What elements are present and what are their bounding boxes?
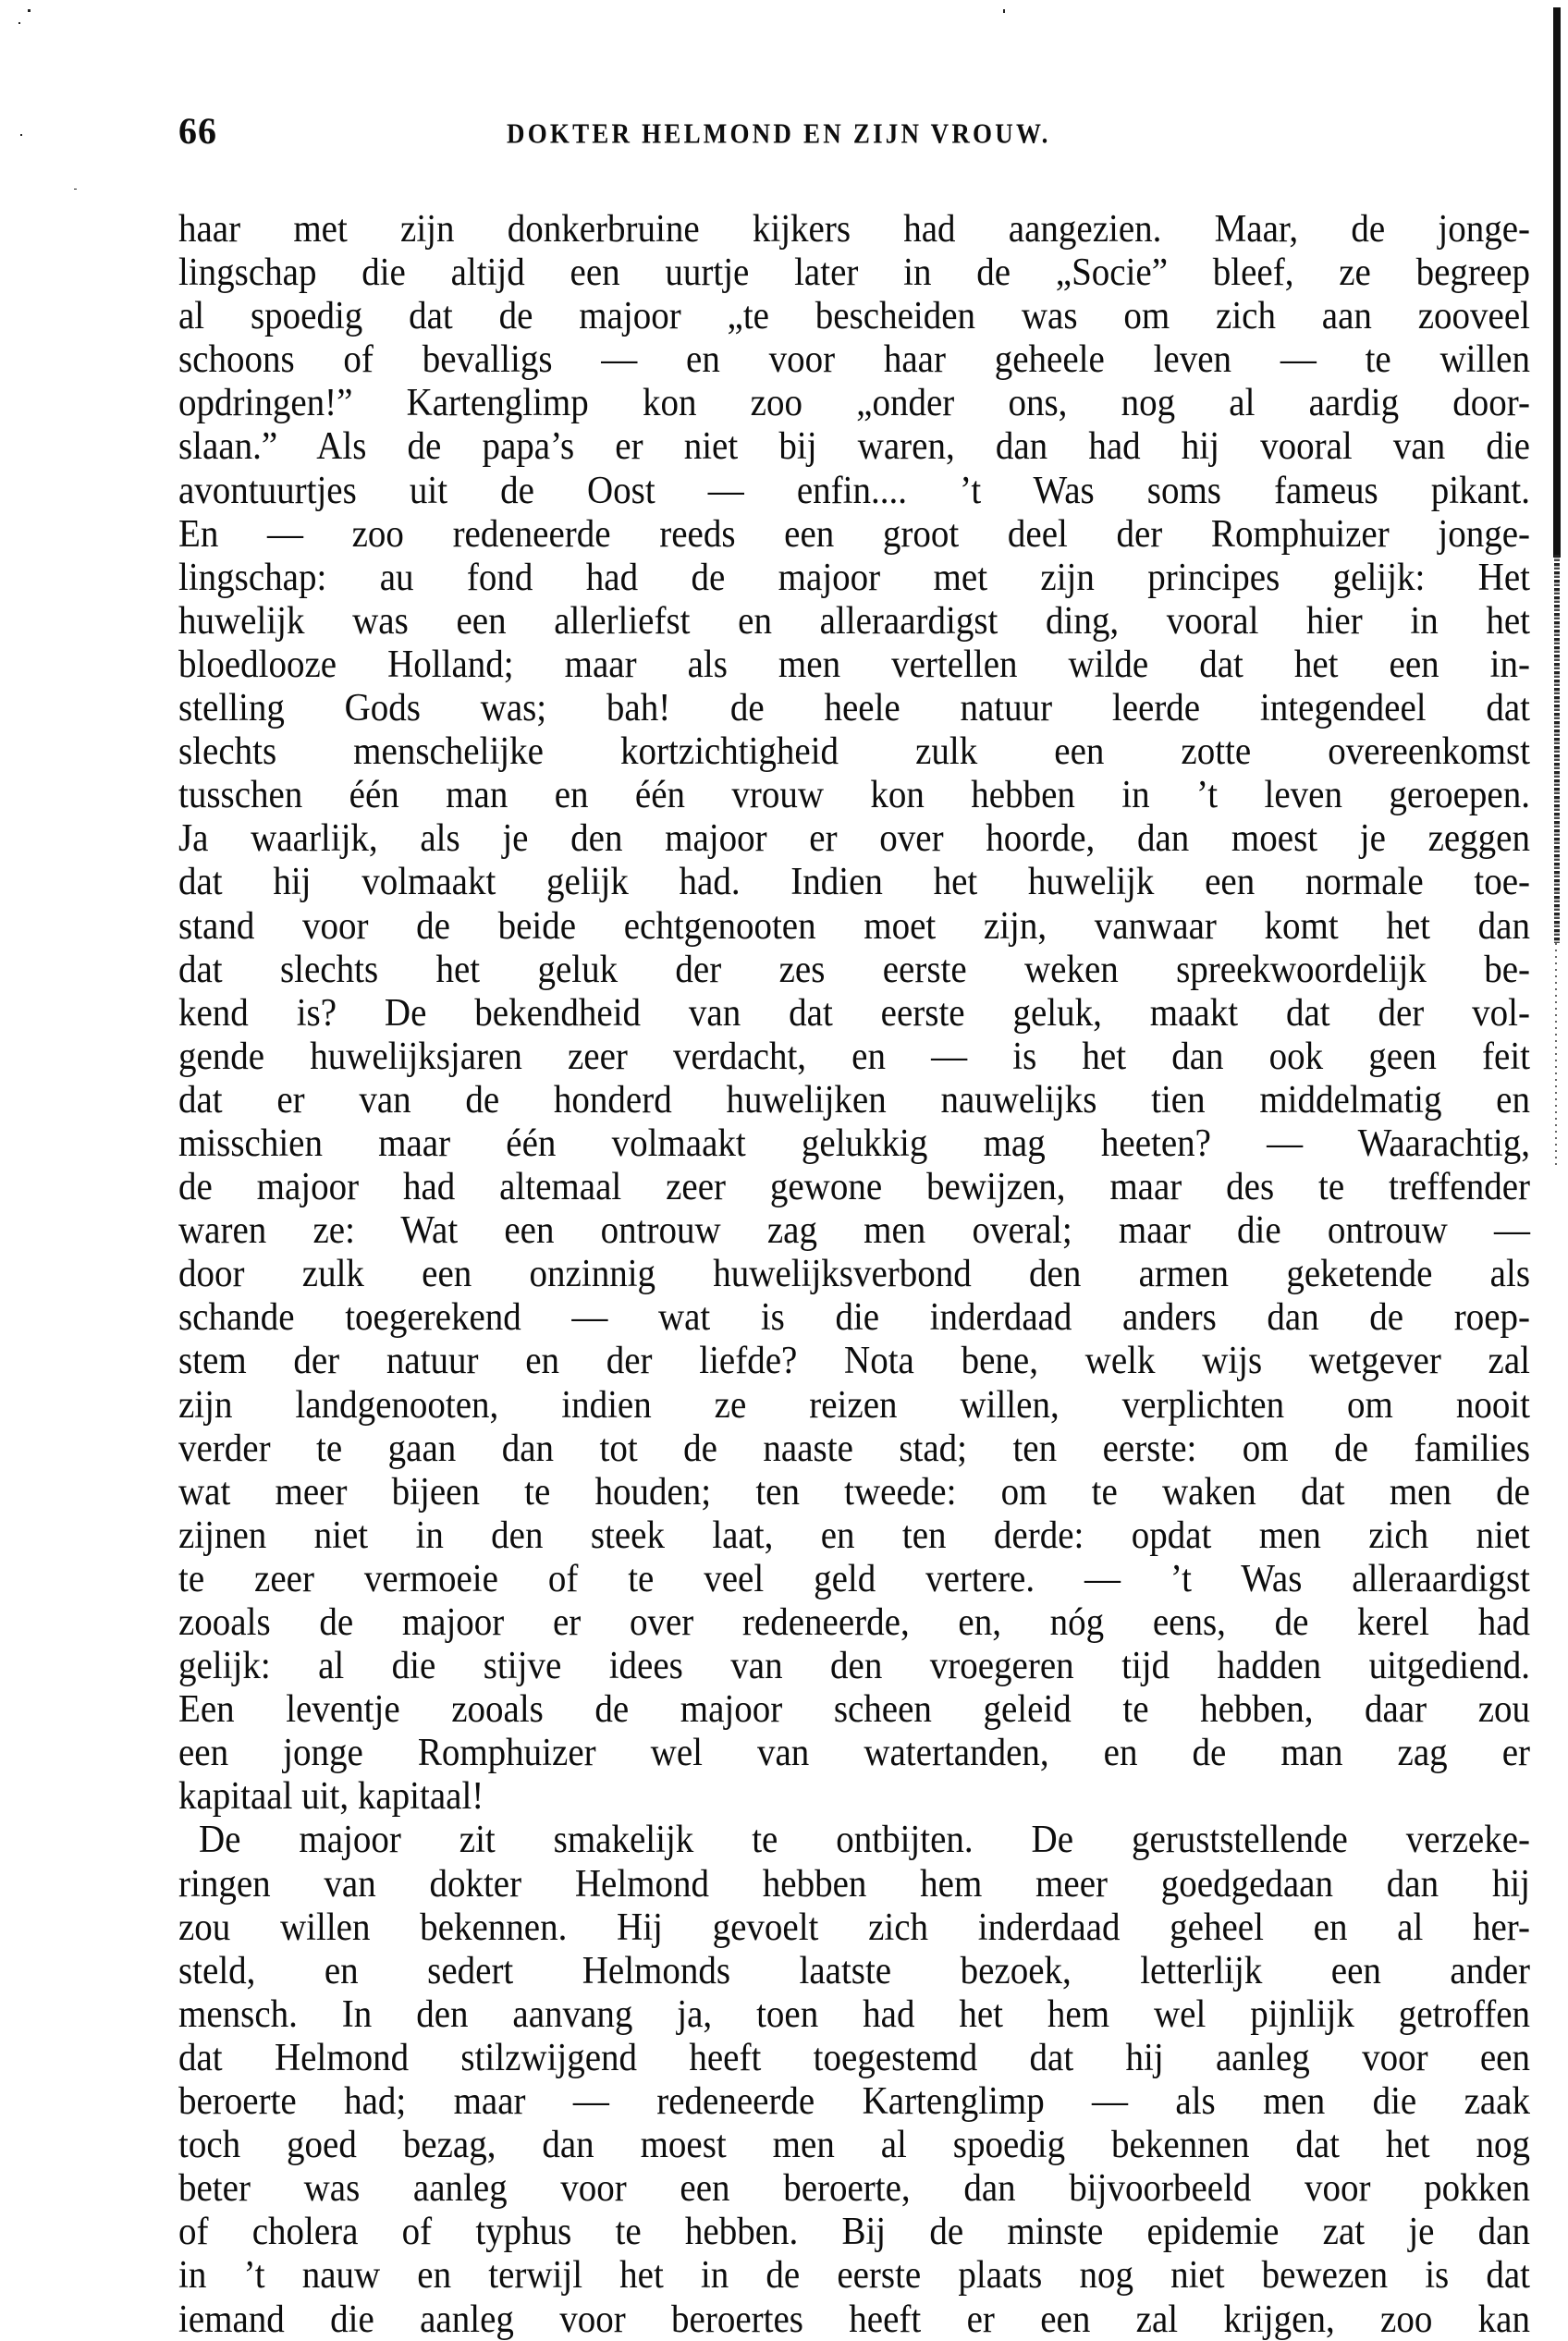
page-number: 66 <box>178 109 217 153</box>
text-line: verder te gaan dan tot de naaste stad; t… <box>178 1425 1530 1472</box>
scan-speck <box>74 189 77 190</box>
scan-speck <box>18 22 20 24</box>
text-line: dat slechts het geluk der zes eerste wek… <box>178 946 1530 993</box>
text-line: iemand die aanleg voor beroertes heeft e… <box>178 2296 1530 2341</box>
text-line: En — zoo redeneerde reeds een groot deel… <box>178 510 1530 558</box>
text-line: in ’t nauw en terwijl het in de eerste p… <box>178 2252 1530 2299</box>
running-head: 66 DOKTER HELMOND EN ZIJN VROUW. <box>178 109 1530 153</box>
text-line: misschien maar één volmaakt gelukkig mag… <box>178 1120 1530 1167</box>
scan-speck <box>1003 9 1005 13</box>
scan-speck <box>20 134 22 136</box>
scan-speck <box>28 9 31 12</box>
scan-edge-shadow <box>1553 7 1561 558</box>
text-line: stelling Gods was; bah! de heele natuur … <box>178 684 1530 731</box>
text-line: zijn landgenooten, indien ze reizen will… <box>178 1381 1530 1428</box>
text-line: slaan.” Als de papa’s er niet bij waren,… <box>178 423 1530 471</box>
text-line: dat hij volmaakt gelijk had. Indien het … <box>178 859 1530 906</box>
text-line: tusschen één man en één vrouw kon hebben… <box>178 771 1530 818</box>
text-line: door zulk een onzinnig huwelijksverbond … <box>178 1250 1530 1297</box>
text-line: mensch. In den aanvang ja, toen had het … <box>178 1991 1530 2038</box>
text-line: ringen van dokter Helmond hebben hem mee… <box>178 1860 1530 1907</box>
text-line: gelijk: al die stijve idees van den vroe… <box>178 1642 1530 1689</box>
text-line: bloedlooze Holland; maar als men vertell… <box>178 641 1530 688</box>
text-line: al spoedig dat de majoor „te bescheiden … <box>178 292 1530 339</box>
text-line: gende huwelijksjaren zeer verdacht, en —… <box>178 1033 1530 1080</box>
text-line: stem der natuur en der liefde? Nota bene… <box>178 1338 1530 1385</box>
paragraph-end-line: kapitaal uit, kapitaal! <box>178 1772 1530 1820</box>
text-line: of cholera of typhus te hebben. Bij de m… <box>178 2208 1530 2255</box>
text-line: een jonge Romphuizer wel van watertanden… <box>178 1729 1530 1776</box>
text-line: dat er van de honderd huwelijken nauweli… <box>178 1076 1530 1123</box>
body-text: haar met zijn donkerbruine kijkers had a… <box>178 207 1530 2341</box>
text-line: lingschap die altijd een uurtje later in… <box>178 249 1530 296</box>
text-line: zijnen niet in den steek laat, en ten de… <box>178 1512 1530 1559</box>
text-line: dat Helmond stilzwijgend heeft toegestem… <box>178 2034 1530 2081</box>
text-line: Ja waarlijk, als je den majoor er over h… <box>178 815 1530 862</box>
scan-edge-speckle <box>1554 555 1560 943</box>
paragraph-start-line: De majoor zit smakelijk te ontbijten. De… <box>178 1817 1530 1864</box>
text-line: beter was aanleg voor een beroerte, dan … <box>178 2164 1530 2212</box>
text-line: steld, en sedert Helmonds laatste bezoek… <box>178 1947 1530 1994</box>
text-line: lingschap: au fond had de majoor met zij… <box>178 554 1530 601</box>
text-line: zooals de majoor er over redeneerde, en,… <box>178 1599 1530 1646</box>
text-line: wat meer bijeen te houden; ten tweede: o… <box>178 1468 1530 1515</box>
running-title: DOKTER HELMOND EN ZIJN VROUW. <box>507 112 1051 154</box>
text-line: zou willen bekennen. Hij gevoelt zich in… <box>178 1904 1530 1951</box>
text-line: opdringen!” Kartenglimp kon zoo „onder o… <box>178 379 1530 426</box>
text-line: te zeer vermoeie of te veel geld vertere… <box>178 1555 1530 1602</box>
text-line: toch goed bezag, dan moest men al spoedi… <box>178 2121 1530 2168</box>
text-line: de majoor had altemaal zeer gewone bewij… <box>178 1163 1530 1210</box>
text-line: slechts menschelijke kortzichtigheid zul… <box>178 728 1530 775</box>
text-line: Een leventje zooals de majoor scheen gel… <box>178 1685 1530 1733</box>
text-line: huwelijk was een allerliefst en alleraar… <box>178 597 1530 644</box>
text-line: waren ze: Wat een ontrouw zag men overal… <box>178 1207 1530 1254</box>
text-line: avontuurtjes uit de Oost — enfin.... ’t … <box>178 467 1530 514</box>
text-line: schande toegerekend — wat is die inderda… <box>178 1293 1530 1341</box>
text-line: stand voor de beide echtgenooten moet zi… <box>178 902 1530 950</box>
book-page: 66 DOKTER HELMOND EN ZIJN VROUW. haar me… <box>0 0 1568 2341</box>
scan-edge-faint <box>1555 943 1557 1165</box>
text-line: haar met zijn donkerbruine kijkers had a… <box>178 205 1530 252</box>
text-line: kend is? De bekendheid van dat eerste ge… <box>178 989 1530 1036</box>
text-line: schoons of bevalligs — en voor haar gehe… <box>178 336 1530 383</box>
text-line: beroerte had; maar — redeneerde Kartengl… <box>178 2077 1530 2125</box>
